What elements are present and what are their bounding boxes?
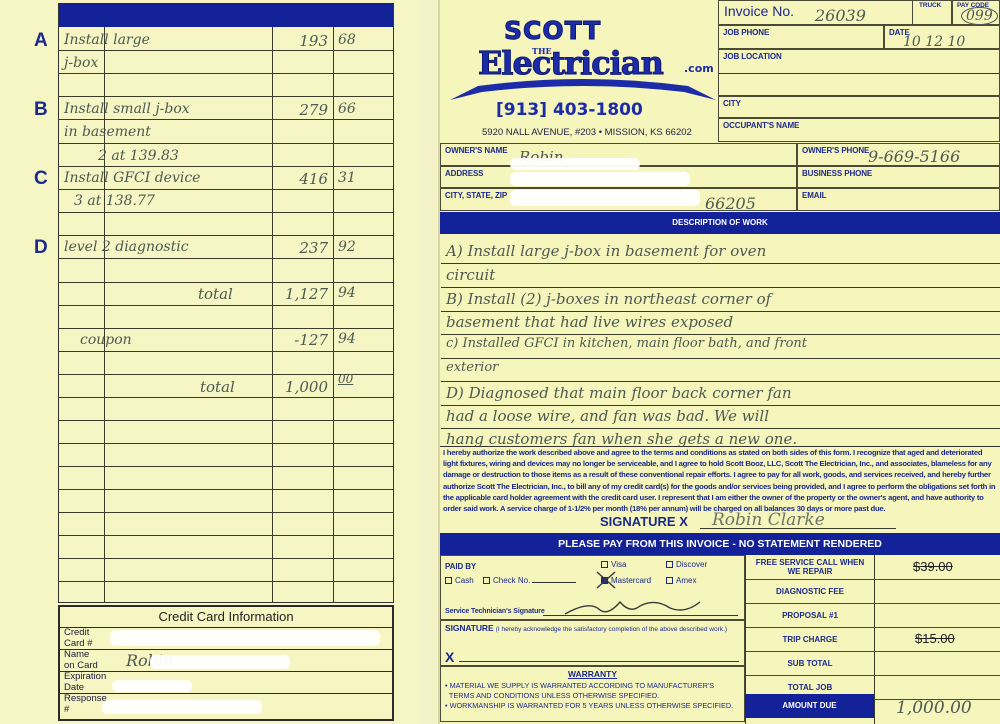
checkbox-visa[interactable]: [601, 561, 608, 568]
summary-label: DIAGNOSTIC FEE: [751, 587, 869, 596]
amount-due-label-box: AMOUNT DUE: [745, 694, 874, 718]
summary-label: PROPOSAL #1: [751, 611, 869, 620]
customer-signature[interactable]: Robin Clarke: [712, 510, 825, 530]
pay-code-box: PAY CODE 099: [952, 0, 1000, 25]
authorization-text: I hereby authorize the work described ab…: [443, 447, 999, 514]
description-line: had a loose wire, and fan was bad. We wi…: [446, 407, 769, 425]
amount-due-value: 1,000.00: [896, 698, 972, 718]
ledger-rule: [58, 50, 394, 51]
description-rule: [441, 381, 1000, 382]
completion-x-label: X: [445, 649, 454, 665]
redaction: [150, 655, 290, 669]
description-rule: [441, 311, 1000, 312]
ledger-rule: [58, 420, 394, 421]
cc-row-expiration: Expiration Date: [60, 671, 392, 693]
summary-row-proposal: PROPOSAL #1: [745, 604, 1000, 628]
job-location-label: JOB LOCATION: [723, 52, 782, 61]
item-letter-c: C: [34, 168, 48, 190]
credit-card-title: Credit Card Information: [60, 609, 392, 624]
ledger-rule: [58, 212, 394, 213]
truck-label: TRUCK: [919, 2, 941, 9]
lightning-swoosh-icon: [448, 72, 718, 102]
subtotal-cents: 94: [338, 285, 356, 301]
ledger-rule: [58, 258, 394, 259]
completion-signature-note: (I hereby acknowledge the satisfactory c…: [496, 626, 727, 633]
option-visa[interactable]: Visa: [601, 560, 626, 569]
description-line: D) Diagnosed that main floor back corner…: [446, 384, 792, 402]
technician-signature-label: Service Technician's Signature: [445, 608, 545, 615]
description-line: basement that had live wires exposed: [446, 313, 733, 331]
cc-response-label: Response #: [64, 694, 107, 715]
city-label: CITY: [723, 99, 741, 108]
owner-phone-label: OWNER'S PHONE: [802, 146, 869, 155]
summary-label: SUB TOTAL: [751, 659, 869, 668]
description-header: DESCRIPTION OF WORK: [440, 212, 1000, 234]
invoice-number-label: Invoice No.: [724, 3, 794, 19]
checkbox-discover[interactable]: [666, 561, 673, 568]
warranty-line: • MATERIAL WE SUPPLY IS WARRANTED ACCORD…: [445, 681, 714, 691]
ledger-rule: [58, 305, 394, 306]
option-check-label: Check No.: [493, 576, 530, 585]
description-rule: [441, 263, 1000, 264]
item-c-cents: 31: [338, 170, 356, 186]
item-a-desc-2: j-box: [64, 55, 98, 71]
owner-zip-value: 66205: [705, 194, 756, 213]
option-discover[interactable]: Discover: [666, 560, 707, 569]
item-a-dollars: 193: [270, 32, 328, 50]
ledger-rule: [58, 119, 394, 120]
description-line: c) Installed GFCI in kitchen, main floor…: [446, 336, 807, 351]
description-line: A) Install large j-box in basement for o…: [446, 242, 766, 260]
summary-row-free-service: FREE SERVICE CALL WHEN WE REPAIR $39.00: [745, 555, 1000, 580]
coupon-dollars: -127: [270, 331, 328, 349]
item-d-desc-1: level 2 diagnostic: [64, 239, 189, 255]
invoice-number: 26039: [815, 6, 866, 25]
description-rule: [441, 428, 1000, 429]
company-phone: [913] 403-1800: [496, 100, 643, 120]
total-label: total: [200, 378, 235, 396]
cc-number-label: Credit Card #: [64, 628, 93, 649]
payment-banner-text: PLEASE PAY FROM THIS INVOICE - NO STATEM…: [440, 538, 1000, 550]
total-dollars: 1,000: [270, 378, 328, 396]
business-phone-box: BUSINESS PHONE: [797, 166, 1000, 188]
redaction: [112, 680, 192, 692]
owner-name-label: OWNER'S NAME: [445, 146, 507, 155]
item-b-desc-3: 2 at 139.83: [98, 148, 179, 164]
technician-signature-scribble: [560, 596, 710, 618]
summary-label: FREE SERVICE CALL WHEN WE REPAIR: [751, 558, 869, 576]
subtotal-label: total: [198, 285, 233, 303]
summary-label: TRIP CHARGE: [751, 635, 869, 644]
customer-signature-box: SIGNATURE (I hereby acknowledge the sati…: [440, 620, 745, 666]
warranty-box: WARRANTY • MATERIAL WE SUPPLY IS WARRANT…: [440, 666, 745, 722]
owner-city-label: CITY, STATE, ZIP: [445, 191, 507, 200]
amount-due-label: AMOUNT DUE: [745, 701, 874, 710]
coupon-label: coupon: [80, 332, 132, 348]
option-visa-label: Visa: [611, 560, 626, 569]
warranty-title: WARRANTY: [441, 669, 744, 679]
description-line: exterior: [446, 360, 498, 375]
date-value: 10 12 10: [903, 34, 965, 50]
city-box: CITY: [718, 96, 1000, 118]
item-c-desc-1: Install GFCI device: [64, 170, 200, 186]
item-c-desc-2: 3 at 138.77: [74, 193, 155, 209]
option-cash-label: Cash: [455, 576, 474, 585]
ledger-rule: [58, 489, 394, 490]
subtotal-dollars: 1,127: [270, 285, 328, 303]
description-rule: [441, 358, 1000, 359]
truck-box: TRUCK: [912, 0, 952, 25]
ledger-rule: [58, 73, 394, 74]
ledger-rule: [58, 558, 394, 559]
ledger-rule: [58, 581, 394, 582]
option-cash[interactable]: Cash: [445, 576, 474, 585]
company-logo: SCOTT Electrician THE .com [913] 403-180…: [440, 0, 718, 140]
job-location-box: JOB LOCATION: [718, 49, 1000, 96]
occupant-label: OCCUPANT'S NAME: [723, 121, 799, 130]
item-a-desc-1: Install large: [64, 32, 150, 48]
item-b-cents: 66: [338, 101, 356, 117]
ledger-rule: [58, 282, 394, 283]
ledger-rule: [58, 96, 394, 97]
total-cents: 00: [338, 372, 353, 386]
owner-phone-box: OWNER'S PHONE 9-669-5166: [797, 143, 1000, 166]
email-box: EMAIL: [797, 188, 1000, 211]
summary-row-trip-charge: TRIP CHARGE $15.00: [745, 628, 1000, 652]
owner-address-label: ADDRESS: [445, 169, 483, 178]
field-rule: [719, 73, 1000, 74]
description-title: DESCRIPTION OF WORK: [440, 218, 1000, 227]
option-mastercard-label: Mastercard: [611, 576, 651, 585]
completion-signature-label: SIGNATURE: [445, 623, 494, 633]
item-letter-d: D: [34, 237, 48, 259]
company-address: 5920 NALL AVENUE, #203 • MISSION, KS 662…: [482, 127, 692, 138]
check-number-line: [532, 582, 576, 583]
ledger-rule: [58, 235, 394, 236]
item-b-desc-1: Install small j-box: [64, 101, 190, 117]
checkbox-amex[interactable]: [666, 577, 673, 584]
checkmark-x-icon: [596, 571, 616, 589]
ledger-rule: [58, 166, 394, 167]
option-check[interactable]: Check No.: [483, 576, 576, 585]
description-rule: [441, 334, 1000, 335]
summary-row-diagnostic: DIAGNOSTIC FEE: [745, 580, 1000, 604]
ledger-rule: [58, 328, 394, 329]
ledger-rule: [58, 189, 394, 190]
redaction: [510, 172, 690, 186]
summary-row-subtotal: SUB TOTAL: [745, 652, 1000, 676]
item-letter-a: A: [34, 30, 48, 52]
warranty-line: • WORKMANSHIP IS WARRANTED FOR 5 YEARS U…: [445, 701, 733, 711]
ledger-rule: [58, 351, 394, 352]
redaction: [110, 630, 380, 646]
description-rule: [441, 405, 1000, 406]
occupant-box: OCCUPANT'S NAME: [718, 118, 1000, 142]
job-phone-label: JOB PHONE: [723, 28, 769, 37]
item-c-dollars: 416: [270, 170, 328, 188]
option-amex[interactable]: Amex: [666, 576, 696, 585]
cc-expiration-label: Expiration Date: [64, 672, 106, 693]
summary-label: TOTAL JOB: [751, 683, 869, 692]
job-phone-box: JOB PHONE: [718, 25, 884, 49]
description-line: circuit: [446, 266, 495, 284]
warranty-line: TERMS AND CONDITIONS UNLESS OTHERWISE SP…: [445, 691, 659, 701]
logo-scott: SCOTT: [504, 16, 601, 45]
item-b-desc-2: in basement: [64, 124, 151, 140]
item-a-cents: 68: [338, 32, 356, 48]
owner-phone-value: 9-669-5166: [868, 147, 960, 166]
date-box: DATE 10 12 10: [884, 25, 1000, 49]
paid-by-label: PAID BY: [445, 562, 476, 571]
coupon-cents: 94: [338, 331, 356, 347]
redaction: [510, 158, 640, 170]
ledger-divider: [333, 27, 334, 603]
logo-the: THE: [532, 46, 552, 56]
ledger-rule: [58, 143, 394, 144]
item-d-dollars: 237: [270, 239, 328, 257]
ledger-table: [58, 3, 394, 603]
option-discover-label: Discover: [676, 560, 707, 569]
item-b-dollars: 279: [270, 101, 328, 119]
payment-banner: PLEASE PAY FROM THIS INVOICE - NO STATEM…: [440, 533, 1000, 555]
email-label: EMAIL: [802, 191, 826, 200]
description-rule: [441, 287, 1000, 288]
redaction: [102, 700, 262, 714]
ledger-rule: [58, 397, 394, 398]
option-amex-label: Amex: [676, 576, 696, 585]
checkbox-check[interactable]: [483, 577, 490, 584]
ledger-rule: [58, 443, 394, 444]
ledger-rule: [58, 535, 394, 536]
summary-value-free-service: $39.00: [913, 559, 953, 574]
pay-code-value: 099: [961, 7, 998, 25]
summary-value-trip-charge: $15.00: [915, 631, 955, 646]
cc-name-label: Name on Card: [64, 650, 98, 671]
ledger-rule: [58, 512, 394, 513]
description-line: B) Install (2) j-boxes in northeast corn…: [446, 290, 771, 308]
redaction: [510, 190, 700, 206]
item-d-cents: 92: [338, 239, 356, 255]
checkbox-cash[interactable]: [445, 577, 452, 584]
ledger-rule: [58, 466, 394, 467]
signature-label: SIGNATURE X: [600, 514, 688, 529]
business-phone-label: BUSINESS PHONE: [802, 169, 872, 178]
item-letter-b: B: [34, 99, 48, 121]
completion-signature-line: [459, 661, 739, 662]
